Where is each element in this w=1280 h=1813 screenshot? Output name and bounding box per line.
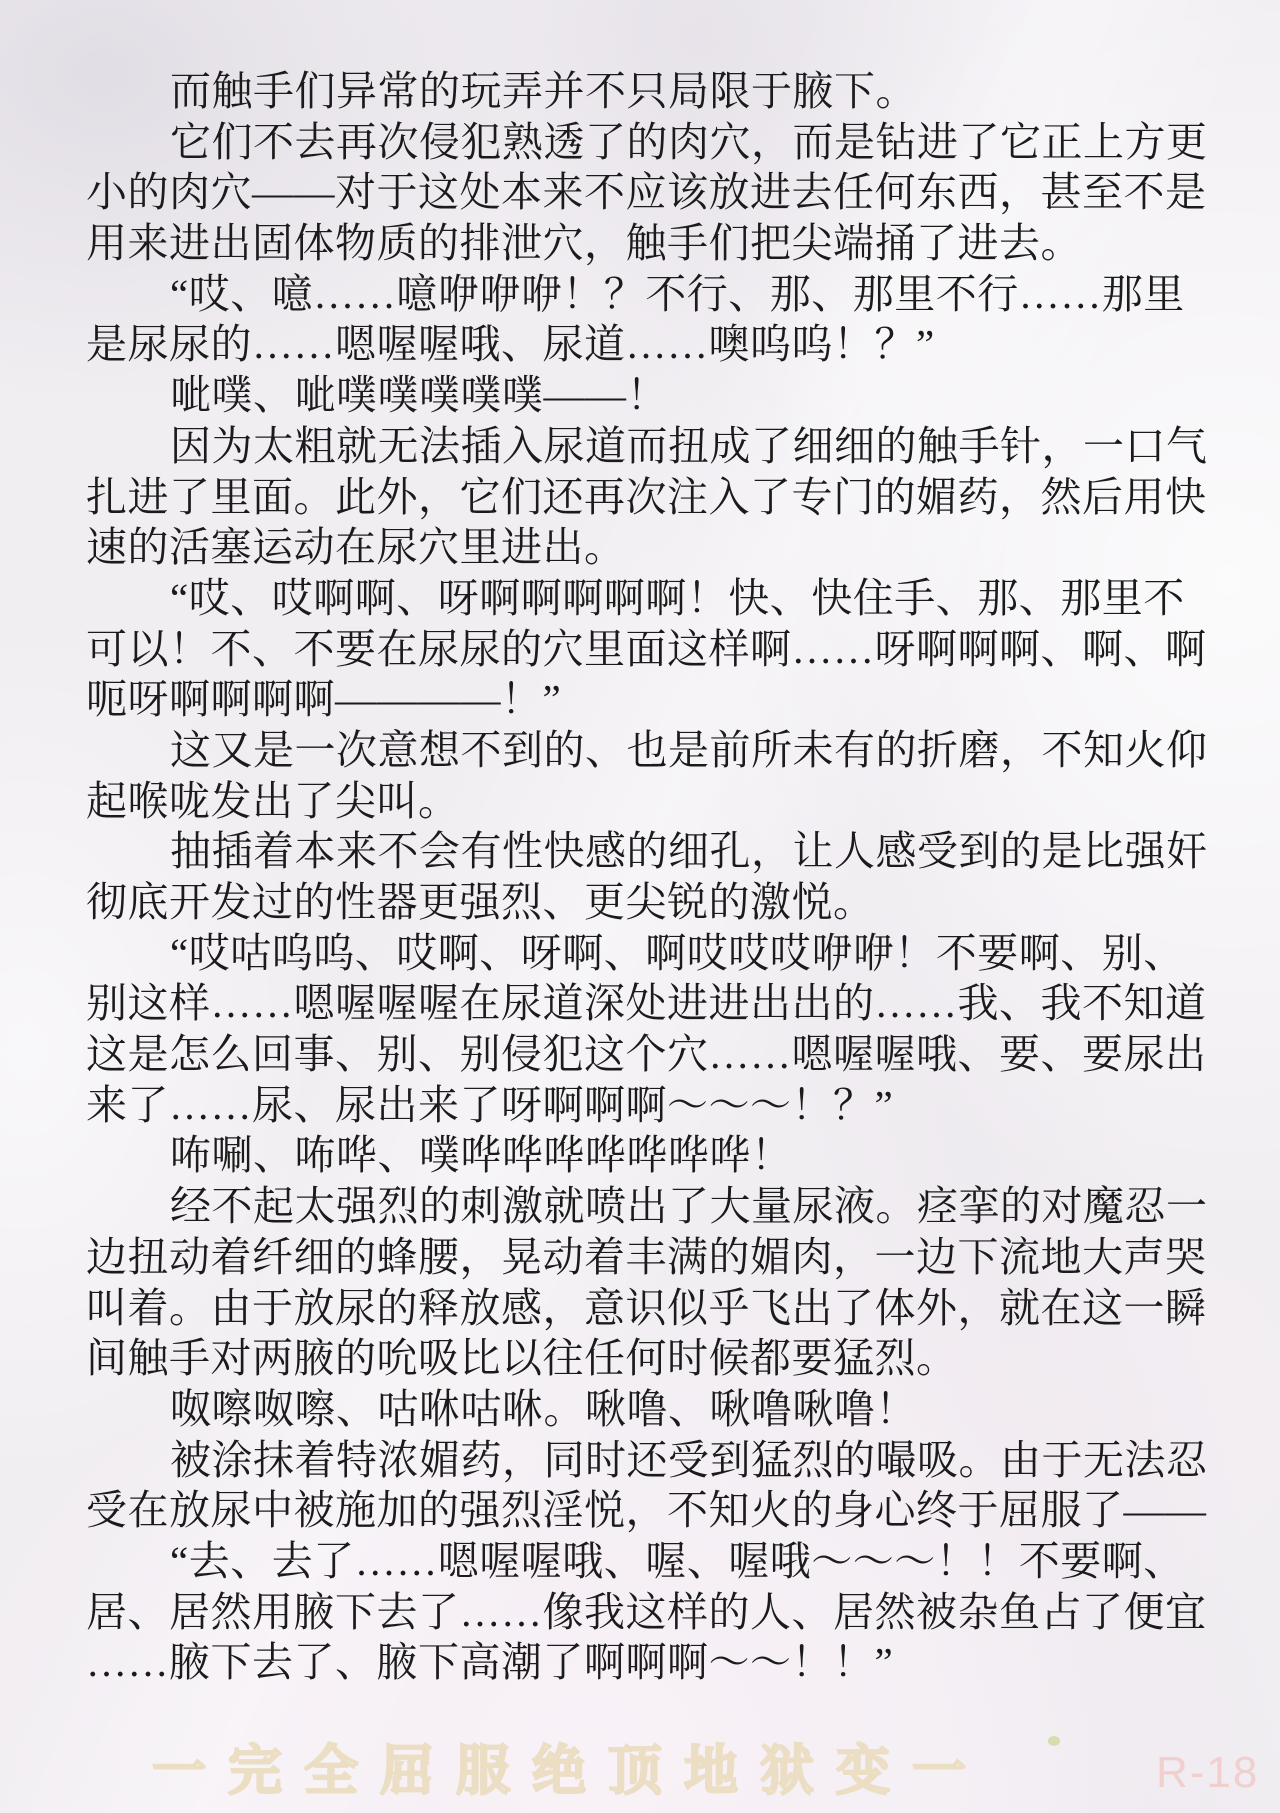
text-line: 来了……尿、尿出来了呀啊啊啊～～～！？”: [86, 1080, 1196, 1131]
text-line: 咘唰、咘哗、噗哗哗哗哗哗哗哗！: [86, 1130, 1196, 1181]
chapter-title-watermark: 一完全屈服绝顶地狱变一: [110, 1728, 1030, 1805]
text-line: 彻底开发过的性器更强烈、更尖锐的激悦。: [86, 877, 1196, 928]
text-line: “哎、哎啊啊、呀啊啊啊啊啊！快、快住手、那、那里不: [86, 573, 1196, 624]
novel-page: 而触手们异常的玩弄并不只局限于腋下。它们不去再次侵犯熟透了的肉穴，而是钻进了它正…: [0, 0, 1280, 1813]
text-line: 速的活塞运动在尿穴里进出。: [86, 522, 1196, 573]
text-line: 呃呀啊啊啊啊————！”: [86, 674, 1196, 725]
text-line: 被涂抹着特浓媚药，同时还受到猛烈的嘬吸。由于无法忍: [86, 1435, 1196, 1486]
text-line: 受在放尿中被施加的强烈淫悦，不知火的身心终于屈服了——: [86, 1485, 1196, 1536]
body-text: 而触手们异常的玩弄并不只局限于腋下。它们不去再次侵犯熟透了的肉穴，而是钻进了它正…: [86, 66, 1196, 1688]
text-line: 叫着。由于放尿的释放感，意识似乎飞出了体外，就在这一瞬: [86, 1283, 1196, 1334]
text-line: 可以！不、不要在尿尿的穴里面这样啊……呀啊啊啊、啊、啊: [86, 624, 1196, 675]
text-line: 它们不去再次侵犯熟透了的肉穴，而是钻进了它正上方更: [86, 117, 1196, 168]
text-line: 呶嚓呶嚓、咕咻咕咻。啾噜、啾噜啾噜！: [86, 1384, 1196, 1435]
text-line: 因为太粗就无法插入尿道而扭成了细细的触手针，一口气: [86, 421, 1196, 472]
background-artifact-dot: [1048, 1736, 1060, 1746]
rating-watermark: R-18: [1156, 1748, 1259, 1798]
text-line: 抽插着本来不会有性快感的细孔，让人感受到的是比强奸: [86, 826, 1196, 877]
text-line: 是尿尿的……嗯喔喔哦、尿道……噢呜呜！？”: [86, 319, 1196, 370]
text-line: 边扭动着纤细的蜂腰，晃动着丰满的媚肉，一边下流地大声哭: [86, 1232, 1196, 1283]
text-line: 呲噗、呲噗噗噗噗噗——！: [86, 370, 1196, 421]
text-line: “哎、噫……噫咿咿咿！？不行、那、那里不行……那里: [86, 269, 1196, 320]
text-line: 起喉咙发出了尖叫。: [86, 776, 1196, 827]
text-line: 而触手们异常的玩弄并不只局限于腋下。: [86, 66, 1196, 117]
text-line: 扎进了里面。此外，它们还再次注入了专门的媚药，然后用快: [86, 472, 1196, 523]
text-line: 居、居然用腋下去了……像我这样的人、居然被杂鱼占了便宜: [86, 1587, 1196, 1638]
text-line: “去、去了……嗯喔喔哦、喔、喔哦～～～！！不要啊、: [86, 1536, 1196, 1587]
text-line: 别这样……嗯喔喔喔在尿道深处进进出出的……我、我不知道: [86, 978, 1196, 1029]
text-line: 间触手对两腋的吮吸比以往任何时候都要猛烈。: [86, 1333, 1196, 1384]
text-line: ……腋下去了、腋下高潮了啊啊啊～～！！”: [86, 1637, 1196, 1688]
text-line: 这是怎么回事、别、别侵犯这个穴……嗯喔喔哦、要、要尿出: [86, 1029, 1196, 1080]
text-line: 这又是一次意想不到的、也是前所未有的折磨，不知火仰: [86, 725, 1196, 776]
text-line: 用来进出固体物质的排泄穴，触手们把尖端捅了进去。: [86, 218, 1196, 269]
text-line: 小的肉穴——对于这处本来不应该放进去任何东西，甚至不是: [86, 167, 1196, 218]
text-line: “哎咕呜呜、哎啊、呀啊、啊哎哎哎咿咿！不要啊、别、: [86, 928, 1196, 979]
text-line: 经不起太强烈的刺激就喷出了大量尿液。痉挛的对魔忍一: [86, 1181, 1196, 1232]
